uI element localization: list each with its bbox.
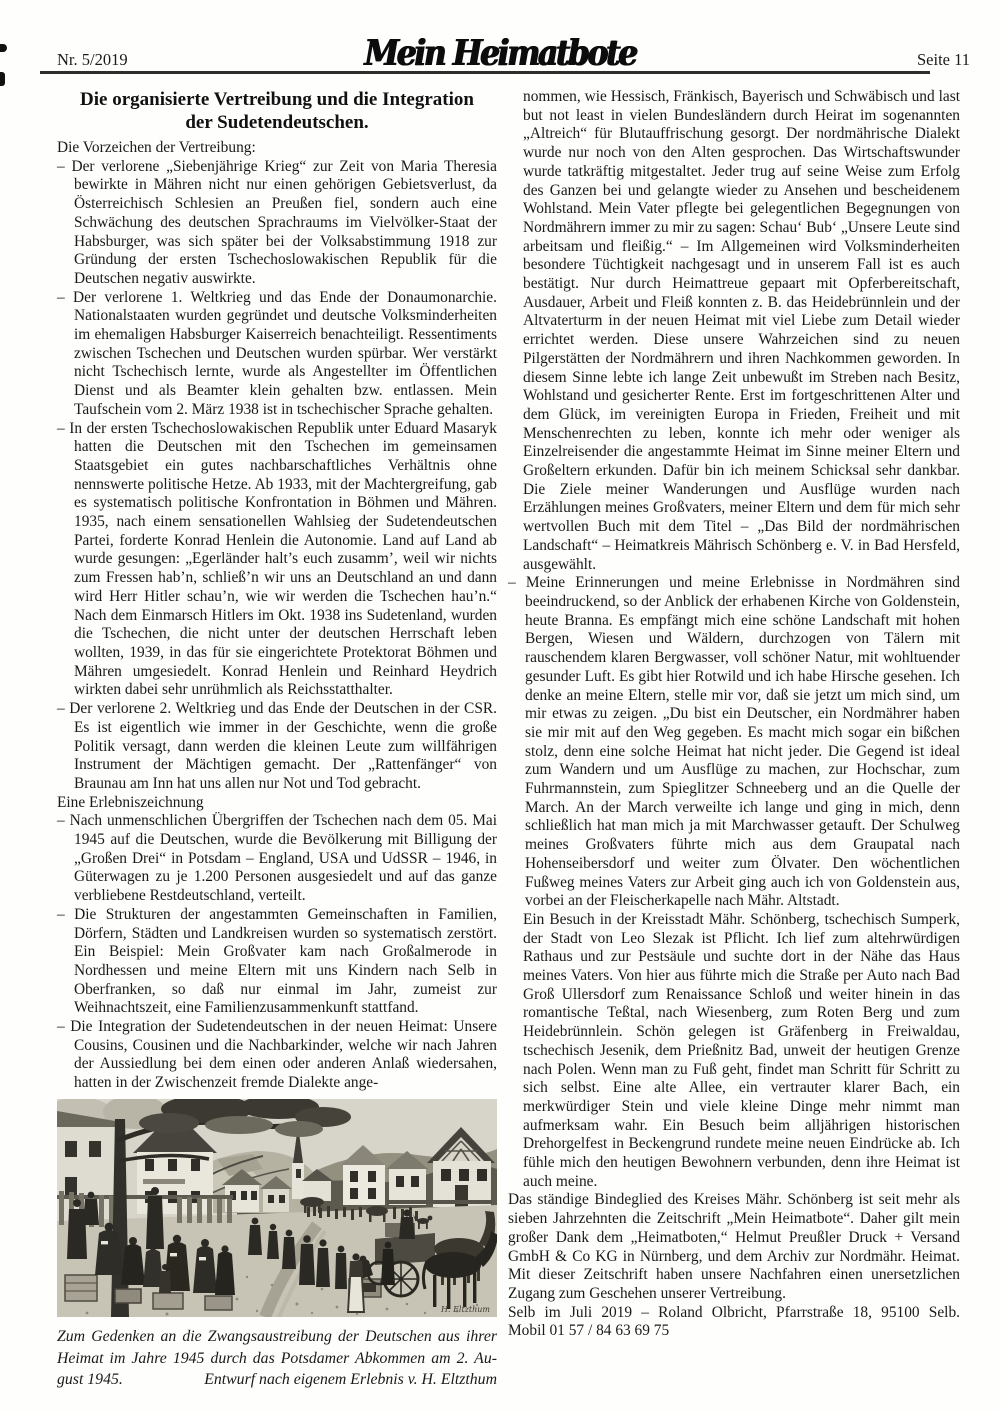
article-title-line2: der Sudetendeutschen.: [185, 112, 368, 133]
bullet-item: – Der verlorene 1. Weltkrieg und das End…: [57, 289, 497, 420]
right-column: nommen, wie Hessisch, Fränkisch, Bayeris…: [508, 88, 960, 1391]
expulsion-illustration: H. Eltzthum: [57, 1099, 497, 1317]
caption-credit: Entwurf nach eigenem Erlebnis v. H. Eltz…: [204, 1369, 497, 1391]
bullet-item: – Die Integration der Sudetendeutschen i…: [57, 1018, 497, 1093]
bullet-item: – Der verlorene 2. Weltkrieg und das End…: [57, 700, 497, 794]
caption-line: Zum Gedenken an die Zwangsaustreibung de…: [57, 1326, 497, 1348]
scan-artifact: [0, 44, 7, 52]
article-title: Die organisierte Vertreibung und die Int…: [57, 88, 497, 134]
body-paragraph: Das ständige Bindeglied des Kreises Mähr…: [508, 1191, 960, 1303]
newspaper-page: Nr. 5/2019 Mein Heimatbote Seite 11 Die …: [0, 0, 1000, 1412]
section-lead: Die Vorzeichen der Vertreibung:: [57, 139, 497, 158]
body-paragraph: nommen, wie Hessisch, Fränkisch, Bayeris…: [508, 88, 960, 574]
article-title-line1: Die organisierte Vertreibung und die Int…: [80, 89, 474, 110]
article-columns: Die organisierte Vertreibung und die Int…: [57, 88, 960, 1391]
scan-artifact: [0, 72, 5, 86]
body-paragraph: Ein Besuch in der Kreisstadt Mähr. Schön…: [508, 911, 960, 1192]
caption-last-line: gust 1945. Entwurf nach eigenem Erlebnis…: [57, 1369, 497, 1391]
page-number: Seite 11: [917, 50, 970, 70]
phone-line: Mobil 01 57 / 84 63 69 75: [508, 1322, 960, 1341]
section-lead: Eine Erlebniszeichnung: [57, 794, 497, 813]
bullet-item: – Nach unmenschlichen Übergriffen der Ts…: [57, 812, 497, 906]
bullet-item: – Die Strukturen der angestammten Gemein…: [57, 906, 497, 1018]
caption-line-end: gust 1945.: [57, 1369, 123, 1391]
artist-signature: H. Eltzthum: [440, 1305, 490, 1314]
bullet-item: – In der ersten Tschechoslowakischen Rep…: [57, 420, 497, 701]
figure-caption: Zum Gedenken an die Zwangsaustreibung de…: [57, 1326, 497, 1391]
caption-line: Heimat im Jahre 1945 durch das Potsdamer…: [57, 1348, 497, 1370]
masthead-title: Mein Heimatbote: [25, 31, 975, 73]
bullet-item: – Der verlorene „Siebenjährige Krieg“ zu…: [57, 158, 497, 289]
header-rule: [40, 71, 930, 74]
contact-line: Selb im Juli 2019 – Roland Olbricht, Pfa…: [508, 1304, 960, 1323]
bullet-item: – Meine Erinnerungen und meine Erlebniss…: [508, 574, 960, 911]
left-column: Die organisierte Vertreibung und die Int…: [57, 88, 497, 1391]
